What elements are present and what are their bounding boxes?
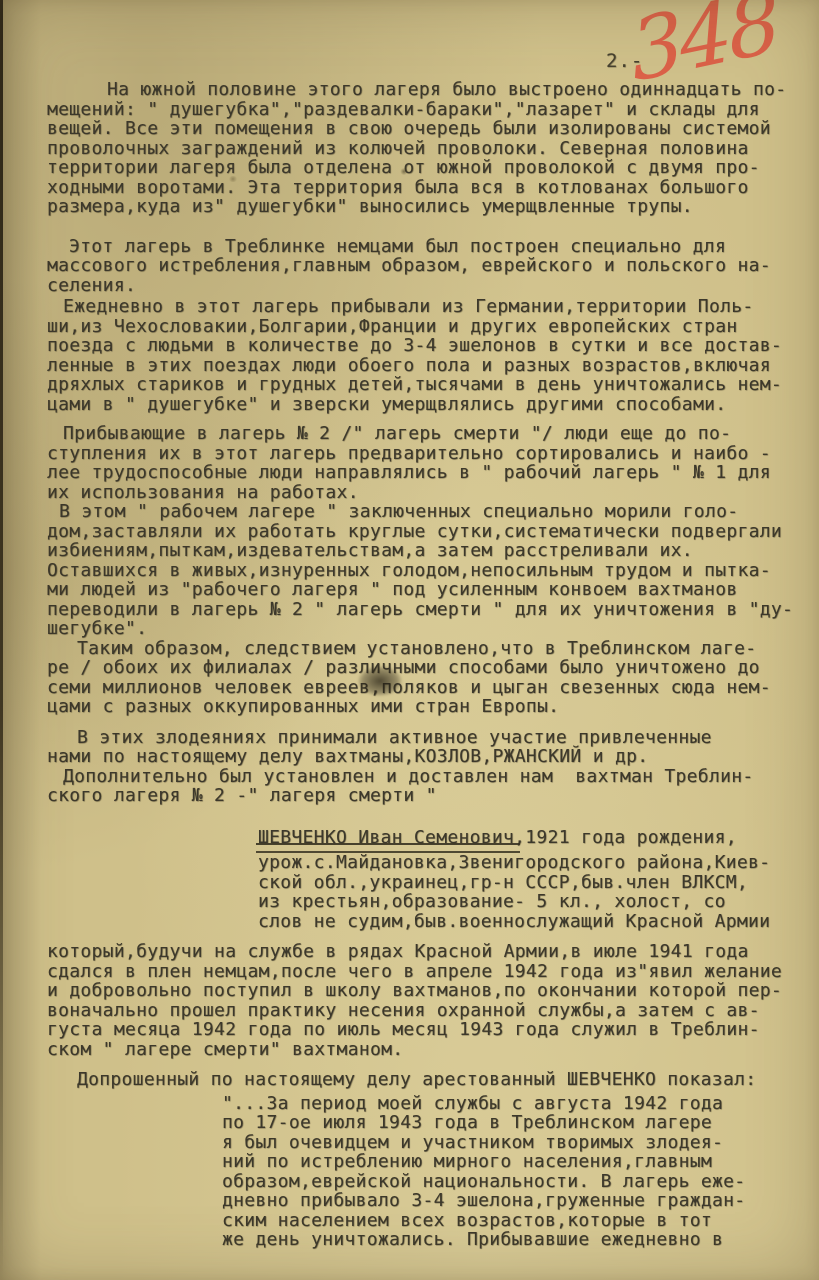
paragraph-camp-purpose: Этот лагерь в Треблинке немцами был пост…	[47, 237, 807, 296]
shevchenko-identity-block: ШЕВЧЕНКО Иван Семенович,1921 года рожден…	[258, 828, 807, 932]
paragraph-sorting-camp2: Прибывающие в лагерь № 2 /" лагерь смерт…	[47, 424, 807, 502]
paragraph-service-history: который,будучи на службе в рядах Красной…	[47, 942, 807, 1059]
paragraph-work-camp-conditions: В этом " рабочем лагере " заключенных сп…	[47, 502, 807, 639]
document-text-column: На южной половине этого лагеря было выст…	[0, 0, 819, 1250]
paragraph-conclusion-death-toll: Таким образом, следствием установлено,чт…	[47, 639, 807, 717]
paper-speck	[228, 176, 238, 182]
paper-speck	[400, 168, 408, 175]
interrogation-intro-line: Допрошенный по настоящему делу арестован…	[47, 1070, 807, 1090]
paragraph-camp-buildings: На южной половине этого лагеря было выст…	[47, 80, 807, 217]
testimony-text: "...За период моей службы с августа 1942…	[222, 1094, 807, 1250]
paragraph-accomplices: В этих злодеяниях принимали активное уча…	[47, 728, 807, 767]
scanned-document-page: 2.- 348 На южной половине этого лагеря б…	[0, 0, 819, 1280]
shevchenko-details: урож.с.Майдановка,Звенигородского района…	[258, 853, 807, 931]
testimony-quote-block: "...За период моей службы с августа 1942…	[222, 1094, 807, 1250]
shevchenko-birth-year: ,1921 года рождения,	[514, 827, 737, 848]
shevchenko-name-underlined: ШЕВЧЕНКО Иван Семенович	[258, 828, 514, 848]
paragraph-additional-wachmann: Дополнительно был установлен и доставлен…	[47, 767, 807, 806]
ink-smudge	[358, 666, 402, 696]
paragraph-daily-arrivals: Ежедневно в этот лагерь прибывали из Гер…	[47, 297, 807, 414]
shevchenko-name-line: ШЕВЧЕНКО Иван Семенович,1921 года рожден…	[258, 828, 807, 848]
